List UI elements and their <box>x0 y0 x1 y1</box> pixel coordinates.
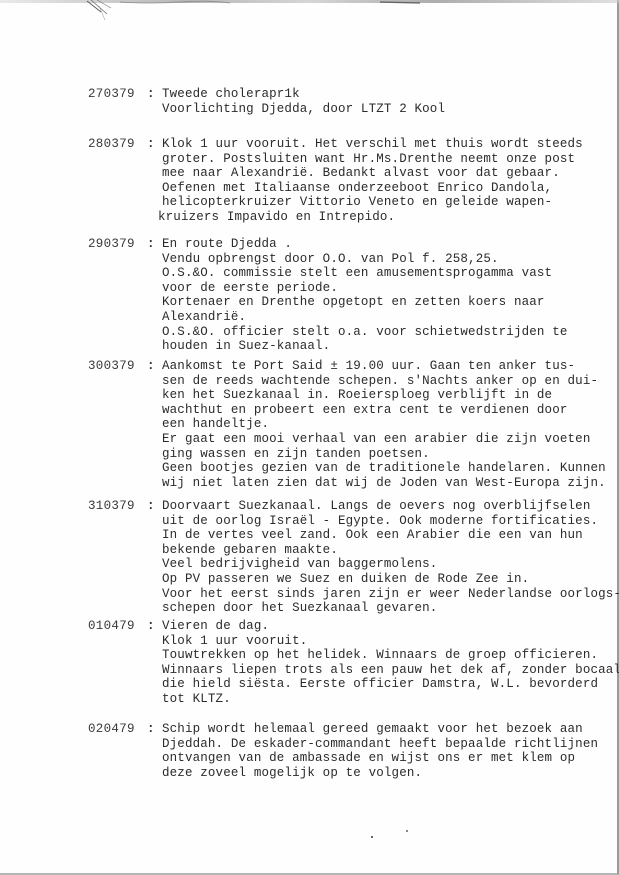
entry-text-line: ken het Suezkanaal in. Roeiersploeg verb… <box>162 388 606 403</box>
entry-date: 020479 <box>88 722 135 736</box>
scan-noise-mark <box>120 0 230 8</box>
entry-separator: : <box>147 359 155 373</box>
entry-text-line: Winnaars liepen trots als een pauw het d… <box>162 663 619 678</box>
entry-text: Tweede cholerapr1kVoorlichting Djedda, d… <box>162 87 445 116</box>
entry-text: Klok 1 uur vooruit. Het verschil met thu… <box>162 137 583 225</box>
entry-text-line: wij niet laten zien dat wij de Joden van… <box>162 476 606 491</box>
entry-text-line: Klok 1 uur vooruit. Het verschil met thu… <box>162 137 583 152</box>
scan-scratch-mark <box>85 0 125 22</box>
entry-text: Doorvaart Suezkanaal. Langs de oevers no… <box>162 499 619 616</box>
entry-date: 270379 <box>88 87 135 101</box>
entry-text-line: Voorlichting Djedda, door LTZT 2 Kool <box>162 102 445 117</box>
entry-text-line: O.S.&O. commissie stelt een amusementspr… <box>162 266 568 281</box>
entry-text-line: Voor het eerst sinds jaren zijn er weer … <box>162 587 619 602</box>
entry-separator: : <box>147 237 155 251</box>
entry-date: 290379 <box>88 237 135 251</box>
entry-text-line: O.S.&O. officier stelt o.a. voor schietw… <box>162 325 568 340</box>
entry-text-line: ontvangen van de ambassade en wijst ons … <box>162 751 598 766</box>
entry-text-line: Op PV passeren we Suez en duiken de Rode… <box>162 572 619 587</box>
entry-text-line: bekende gebaren maakte. <box>162 543 619 558</box>
entry-text-line: In de vertes veel zand. Ook een Arabier … <box>162 528 619 543</box>
entry-text-line: sen de reeds wachtende schepen. s'Nachts… <box>162 374 606 389</box>
entry-text: Aankomst te Port Said ± 19.00 uur. Gaan … <box>162 359 606 490</box>
entry-text-line: wachthut en probeert een extra cent te v… <box>162 403 606 418</box>
entry-text-line: Oefenen met Italiaanse onderzeeboot Enri… <box>162 181 583 196</box>
entry-date: 300379 <box>88 359 135 373</box>
entry-date: 310379 <box>88 499 135 513</box>
entry-text-line: Kortenaer en Drenthe opgetopt en zetten … <box>162 295 568 310</box>
entry-text-line: deze zoveel mogelijk op te volgen. <box>162 766 598 781</box>
entry-separator: : <box>147 722 155 736</box>
entry-text-line: houden in Suez-kanaal. <box>162 339 568 354</box>
entry-text-line: schepen door het Suezkanaal gevaren. <box>162 601 619 616</box>
entry-text: Schip wordt helemaal gereed gemaakt voor… <box>162 722 598 780</box>
entry-text-line: Er gaat een mooi verhaal van een arabier… <box>162 432 606 447</box>
entry-text-line: Schip wordt helemaal gereed gemaakt voor… <box>162 722 598 737</box>
document-page: 270379:Tweede cholerapr1kVoorlichting Dj… <box>0 0 619 875</box>
entry-text: Vieren de dag.Klok 1 uur vooruit.Touwtre… <box>162 619 619 707</box>
entry-separator: : <box>147 87 155 101</box>
entry-text-line: die hield siësta. Eerste officier Damstr… <box>162 677 619 692</box>
entry-text-line: een handeltje. <box>162 417 606 432</box>
entry-separator: : <box>147 619 155 633</box>
entry-text-line: Veel bedrijvigheid van baggermolens. <box>162 557 619 572</box>
entry-text-line: ging wassen en zijn tanden poetsen. <box>162 447 606 462</box>
entry-text-line: uit de oorlog Israël - Egypte. Ook moder… <box>162 514 619 529</box>
entry-text-line: Doorvaart Suezkanaal. Langs de oevers no… <box>162 499 619 514</box>
entry-text-line: tot KLTZ. <box>162 692 619 707</box>
entry-text-line: Aankomst te Port Said ± 19.00 uur. Gaan … <box>162 359 606 374</box>
entry-text-line: helicopterkruizer Vittorio Veneto en gel… <box>162 195 583 210</box>
entry-separator: : <box>147 137 155 151</box>
scan-speck <box>406 830 408 832</box>
entry-text-line: kruizers Impavido en Intrepido. <box>158 210 583 225</box>
entry-text-line: Geen bootjes gezien van de traditionele … <box>162 461 606 476</box>
entry-text-line: Djeddah. De eskader-commandant heeft bep… <box>162 737 598 752</box>
entry-text-line: En route Djedda . <box>162 237 568 252</box>
entry-text-line: Klok 1 uur vooruit. <box>162 634 619 649</box>
entry-text: En route Djedda .Vendu opbrengst door O.… <box>162 237 568 354</box>
entry-text-line: groter. Postsluiten want Hr.Ms.Drenthe n… <box>162 152 583 167</box>
scan-noise-mark <box>380 0 420 6</box>
entry-text-line: Touwtrekken op het helidek. Winnaars de … <box>162 648 619 663</box>
entry-text-line: Alexandrië. <box>162 310 568 325</box>
entry-separator: : <box>147 499 155 513</box>
entry-text-line: Tweede cholerapr1k <box>162 87 445 102</box>
entry-text-line: Vendu opbrengst door O.O. van Pol f. 258… <box>162 252 568 267</box>
entry-text-line: Vieren de dag. <box>162 619 619 634</box>
entry-date: 010479 <box>88 619 135 633</box>
entry-date: 280379 <box>88 137 135 151</box>
scan-speck <box>371 836 373 838</box>
entry-text-line: mee naar Alexandrië. Bedankt alvast voor… <box>162 166 583 181</box>
entry-text-line: voor de eerste periode. <box>162 281 568 296</box>
